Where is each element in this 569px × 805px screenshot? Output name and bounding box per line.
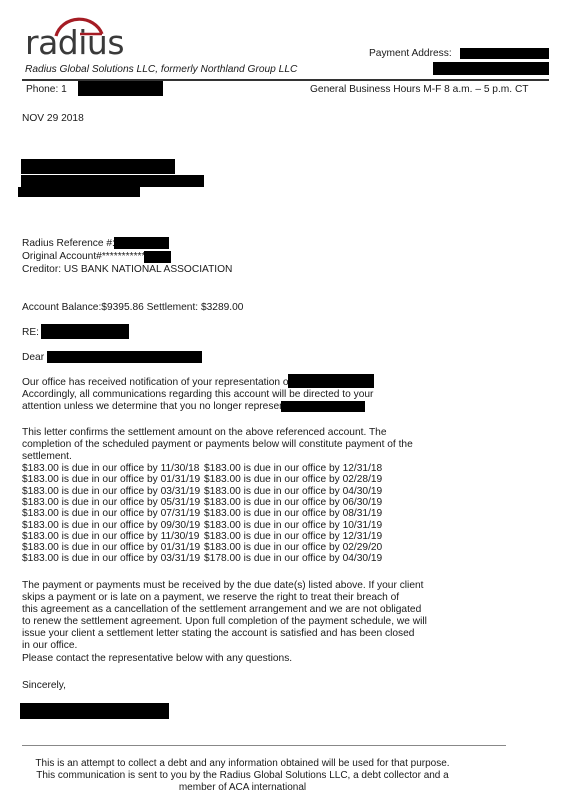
letter-date: NOV 29 2018 [22,113,84,125]
phone-label: Phone: 1 [26,84,67,96]
redacted-client-2 [281,401,365,412]
schedule-entry: $183.00 is due in our office by 11/30/18 [22,463,199,474]
terms-line: skips a payment or is late on a payment,… [22,592,399,604]
footer-line: member of ACA international [0,782,485,794]
redacted-recipient-city [18,187,140,197]
schedule-entry: $183.00 is due in our office by 02/28/19 [204,474,382,485]
footer-line: This communication is sent to you by the… [0,770,485,782]
schedule-entry: $183.00 is due in our office by 12/31/18 [204,463,382,474]
redacted-re [41,324,129,339]
terms-line: in our office. [22,640,77,652]
schedule-entry: $183.00 is due in our office by 04/30/19 [204,486,382,497]
business-hours: General Business Hours M-F 8 a.m. – 5 p.… [310,84,529,96]
balance-line: Account Balance:$9395.86 Settlement: $32… [22,302,243,314]
schedule-entry: $183.00 is due in our office by 02/29/20 [204,542,382,553]
confirm-line: This letter confirms the settlement amou… [22,427,387,439]
intro-line: Accordingly, all communications regardin… [22,389,373,401]
intro-line: Our office has received notification of … [22,377,291,389]
redacted-payment-address [460,48,549,59]
creditor: Creditor: US BANK NATIONAL ASSOCIATION [22,264,232,276]
schedule-entry: $183.00 is due in our office by 12/31/19 [204,531,382,542]
redacted-recipient-address [21,175,204,187]
schedule-entry: $183.00 is due in our office by 11/30/19 [22,531,199,542]
redacted-reference [114,237,169,249]
confirm-line: completion of the scheduled payment or p… [22,439,413,451]
schedule-entry: $183.00 is due in our office by 09/30/19 [22,520,200,531]
closing: Sincerely, [22,680,66,692]
terms-line: to renew the settlement agreement. Upon … [22,616,427,628]
re-label: RE: [22,327,39,339]
schedule-entry: $183.00 is due in our office by 08/31/19 [204,508,382,519]
terms-line: this agreement as a cancellation of the … [22,604,421,616]
company-logo: radius [25,26,124,60]
redacted-salutation-name [47,351,202,363]
payment-address-label: Payment Address: [369,48,452,60]
terms-line: The payment or payments must be received… [22,580,423,592]
schedule-entry: $178.00 is due in our office by 04/30/19 [204,553,382,564]
redacted-client [288,374,374,388]
schedule-entry: $183.00 is due in our office by 06/30/19 [204,497,382,508]
footer-divider [22,745,506,746]
company-name: Radius Global Solutions LLC, formerly No… [25,64,297,76]
redacted-payment-address-line2 [433,62,549,75]
original-account-label: Original Account#************* [22,251,153,263]
schedule-entry: $183.00 is due in our office by 03/31/19 [22,553,200,564]
redacted-account [144,251,171,263]
salutation: Dear [22,352,44,364]
schedule-entry: $183.00 is due in our office by 10/31/19 [204,520,382,531]
schedule-entry: $183.00 is due in our office by 03/31/19 [22,486,200,497]
redacted-recipient-name [21,159,175,174]
terms-line: Please contact the representative below … [22,653,292,665]
terms-line: issue your client a settlement letter st… [22,628,414,640]
schedule-entry: $183.00 is due in our office by 01/31/19 [22,474,200,485]
redacted-signature [20,703,169,719]
schedule-entry: $183.00 is due in our office by 07/31/19 [22,508,200,519]
schedule-entry: $183.00 is due in our office by 05/31/19 [22,497,200,508]
intro-line: attention unless we determine that you n… [22,401,288,413]
footer-line: This is an attempt to collect a debt and… [0,758,485,770]
reference-label: Radius Reference #: [22,238,115,250]
redacted-phone [78,81,163,96]
confirm-line: settlement. [22,451,72,463]
schedule-entry: $183.00 is due in our office by 01/31/19 [22,542,200,553]
